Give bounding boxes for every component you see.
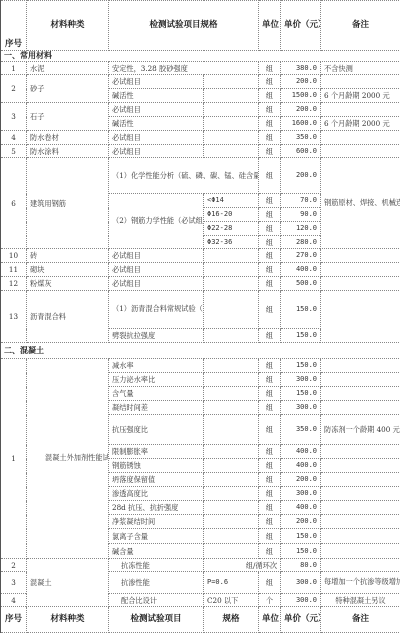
remark-cell <box>321 401 400 415</box>
spec-cell <box>204 487 259 501</box>
table-row: 2 砂子 必试组目 组 200.0 <box>1 75 400 89</box>
remark-cell <box>321 373 400 387</box>
item-cell: 必试组目 <box>109 131 204 145</box>
spec-cell <box>204 277 259 291</box>
item-cell: 必试组目 <box>109 75 204 89</box>
price-cell: 400.0 <box>281 445 321 459</box>
price-cell: 380.0 <box>281 62 321 75</box>
remark-cell: 6 个月龄期 2000 元 <box>321 89 400 103</box>
price-cell: 200.0 <box>281 473 321 487</box>
remark-cell: 防冻剂一个龄期 400 元 <box>321 415 400 445</box>
table-row: 11 砌块 必试组目 组 400.0 <box>1 263 400 277</box>
seq-cell: 6 <box>1 158 27 249</box>
item-cell: 碱活性 <box>109 89 204 103</box>
price-cell: 500.0 <box>281 277 321 291</box>
seq-cell: 10 <box>1 249 27 263</box>
remark-cell <box>321 544 400 559</box>
price-cell: 300.0 <box>281 487 321 501</box>
price-cell: 1600.0 <box>281 117 321 131</box>
item-cell: （1）化学性能分析（硫、磷、碳、锰、硅含量） <box>109 158 259 194</box>
header-remark: 备注 <box>321 1 400 51</box>
price-cell: 350.0 <box>281 131 321 145</box>
spec-cell <box>204 359 259 373</box>
unit-cell: 组 <box>259 145 281 158</box>
seq-cell: 2 <box>1 75 27 103</box>
spec-cell <box>204 544 259 559</box>
spec-cell: P=0.6 <box>204 572 259 594</box>
remark-cell <box>321 473 400 487</box>
item-cell: 氯离子含量 <box>109 529 204 544</box>
item-cell: （1）沥青混合料常规试验（沥青含量、密度、保水率、马歇尔稳定度 <box>109 291 204 329</box>
material-cell: 砌块 <box>27 263 109 277</box>
unit-cell: 组 <box>259 277 281 291</box>
unit-cell: 组 <box>259 487 281 501</box>
price-cell: 200.0 <box>281 75 321 89</box>
section-concrete: 二、混凝土 <box>1 343 400 359</box>
price-cell: 150.0 <box>281 529 321 544</box>
table-row: 2 混凝土 抗冻性能 组/循环次 80.0 <box>1 559 400 572</box>
price-cell: 90.0 <box>281 208 321 222</box>
item-cell: 压力泌水率比 <box>109 373 204 387</box>
seq-cell: 3 <box>1 103 27 131</box>
unit-cell: 组 <box>259 131 281 145</box>
table-footer-header-row: 序号 材料种类 检测试验项目 规格 单位 单价（元） 备注 <box>1 607 400 633</box>
remark-cell: 钢筋原材、焊接、机械连接 <box>321 158 400 249</box>
header-price: 单价（元） <box>281 1 321 51</box>
material-cell: 粉煤灰 <box>27 277 109 291</box>
price-cell: 150.0 <box>281 359 321 373</box>
spec-cell <box>204 415 259 445</box>
spec-cell <box>204 459 259 473</box>
header-material: 材料种类 <box>27 1 109 51</box>
spec-cell <box>204 291 259 329</box>
spec-cell: C20 以下 <box>204 594 259 607</box>
unit-cell: 组 <box>259 501 281 515</box>
spec-cell <box>204 103 259 117</box>
unit-cell: 组 <box>259 387 281 401</box>
spec-cell <box>204 387 259 401</box>
spec-cell <box>204 473 259 487</box>
header-item: 检测试验项目 <box>109 607 204 633</box>
material-cell: 混凝土外加剂性能试验 <box>27 359 109 559</box>
price-cell: 280.0 <box>281 236 321 249</box>
material-cell: 建筑用钢筋 <box>27 158 109 249</box>
seq-cell: 2 <box>1 559 27 572</box>
spec-cell <box>204 401 259 415</box>
price-cell: 300.0 <box>281 572 321 594</box>
remark-cell <box>321 529 400 544</box>
remark-cell <box>321 131 400 145</box>
table-row: 1 水泥 安定性，3.28 胶砂强度 组 380.0 不含快测 <box>1 62 400 75</box>
item-cell: 抗压强度比 <box>109 415 204 445</box>
section-row: 一、常用材料 <box>1 51 400 62</box>
remark-cell <box>321 387 400 401</box>
spec-cell <box>204 373 259 387</box>
unit-cell: 组 <box>259 415 281 445</box>
unit-cell: 个 <box>259 594 281 607</box>
item-cell: （2）钢筋力学性能（必试组目） <box>109 194 204 249</box>
spec-cell <box>204 145 259 158</box>
price-cell: 300.0 <box>281 594 321 607</box>
seq-cell: 3 <box>1 572 27 594</box>
price-cell: 200.0 <box>281 103 321 117</box>
unit-cell: 组 <box>259 117 281 131</box>
remark-cell <box>321 75 400 89</box>
item-cell: 减水率 <box>109 359 204 373</box>
remark-cell <box>321 263 400 277</box>
spec-cell <box>204 249 259 263</box>
seq-cell: 5 <box>1 145 27 158</box>
price-cell: 270.0 <box>281 249 321 263</box>
material-cell: 防水涂料 <box>27 145 109 158</box>
price-cell: 300.0 <box>281 373 321 387</box>
material-cell: 混凝土 <box>27 559 109 607</box>
unit-cell: 组 <box>259 158 281 194</box>
item-cell: 含气量 <box>109 387 204 401</box>
table-row: 5 防水涂料 必试组目 组 600.0 <box>1 145 400 158</box>
unit-cell: 组 <box>259 291 281 329</box>
material-cell: 石子 <box>27 103 109 131</box>
item-cell: 必试组目 <box>109 277 204 291</box>
price-cell: 600.0 <box>281 145 321 158</box>
price-cell: 300.0 <box>281 401 321 415</box>
remark-cell <box>321 487 400 501</box>
remark-cell <box>321 103 400 117</box>
unit-cell: 组 <box>259 75 281 89</box>
remark-cell: 每增加一个抗渗等级增加 50 <box>321 572 400 594</box>
table-row: 4 防水卷材 必试组目 组 350.0 <box>1 131 400 145</box>
item-cell: 配合比设计 <box>109 594 204 607</box>
unit-cell: 组 <box>259 473 281 487</box>
unit-cell: 组 <box>259 62 281 75</box>
price-cell: 150.0 <box>281 329 321 343</box>
price-cell: 80.0 <box>281 559 321 572</box>
table-row: 12 粉煤灰 必试组目 组 500.0 <box>1 277 400 291</box>
remark-cell <box>321 445 400 459</box>
price-cell: 400.0 <box>281 459 321 473</box>
seq-cell: 4 <box>1 131 27 145</box>
item-cell: 碱活性 <box>109 117 204 131</box>
unit-cell: 组 <box>259 373 281 387</box>
spec-cell <box>204 445 259 459</box>
item-cell: 劈裂抗拉强度 <box>109 329 204 343</box>
material-cell: 水泥 <box>27 62 109 75</box>
spec-cell: <Φ14 <box>204 194 259 208</box>
remark-cell <box>321 249 400 263</box>
header-spec: 规格 <box>204 607 259 633</box>
remark-cell: 不含快测 <box>321 62 400 75</box>
spec-cell <box>204 515 259 529</box>
seq-cell: 11 <box>1 263 27 277</box>
price-cell: 400.0 <box>281 501 321 515</box>
spec-cell <box>204 75 259 89</box>
header-price: 单价（元） <box>281 607 321 633</box>
item-cell: 安定性，3.28 胶砂强度 <box>109 62 259 75</box>
item-cell: 碱含量 <box>109 544 204 559</box>
remark-cell <box>321 501 400 515</box>
spec-cell: Φ32-36 <box>204 236 259 249</box>
item-cell: 28d 抗压、抗折强度 <box>109 501 204 515</box>
remark-cell <box>321 145 400 158</box>
item-cell: 抗渗性能 <box>109 572 204 594</box>
seq-cell: 1 <box>1 62 27 75</box>
material-cell: 沥青混合料 <box>27 291 109 343</box>
seq-cell: 4 <box>1 594 27 607</box>
remark-cell <box>321 359 400 373</box>
material-cell: 砖 <box>27 249 109 263</box>
unit-cell: 组/循环次 <box>204 559 281 572</box>
unit-cell: 组 <box>259 208 281 222</box>
unit-cell: 组 <box>259 329 281 343</box>
unit-cell: 组 <box>259 359 281 373</box>
table-row: 13 沥青混合料 （1）沥青混合料常规试验（沥青含量、密度、保水率、马歇尔稳定度… <box>1 291 400 329</box>
price-cell: 150.0 <box>281 291 321 329</box>
unit-cell: 组 <box>259 529 281 544</box>
spec-cell: Φ22-28 <box>204 222 259 236</box>
price-cell: 350.0 <box>281 415 321 445</box>
header-item-spec: 检测试验项目规格 <box>109 1 259 51</box>
item-cell: 渗透高度比 <box>109 487 204 501</box>
seq-cell: 12 <box>1 277 27 291</box>
unit-cell: 组 <box>259 249 281 263</box>
material-cell: 防水卷材 <box>27 131 109 145</box>
item-cell: 必试组目 <box>109 249 204 263</box>
spec-cell <box>204 529 259 544</box>
item-cell: 钢筋锈蚀 <box>109 459 204 473</box>
unit-cell: 组 <box>259 515 281 529</box>
price-cell: 70.0 <box>281 194 321 208</box>
header-seq: 序号 <box>1 607 27 633</box>
price-cell: 400.0 <box>281 263 321 277</box>
spec-cell <box>204 117 259 131</box>
item-cell: 必试组目 <box>109 263 204 277</box>
header-seq: 序号 <box>1 1 27 51</box>
spec-cell <box>204 131 259 145</box>
unit-cell: 组 <box>259 459 281 473</box>
seq-cell: 13 <box>1 291 27 343</box>
price-cell: 120.0 <box>281 222 321 236</box>
item-cell: 必试组目 <box>109 103 204 117</box>
item-cell: 限制膨胀率 <box>109 445 204 459</box>
unit-cell: 组 <box>259 222 281 236</box>
header-unit: 单位 <box>259 1 281 51</box>
price-cell: 200.0 <box>281 158 321 194</box>
item-cell: 必试组目 <box>109 145 204 158</box>
unit-cell: 组 <box>259 103 281 117</box>
section-row: 二、混凝土 <box>1 343 400 359</box>
price-table: 序号 材料种类 检测试验项目规格 单位 单价（元） 备注 一、常用材料 1 水泥… <box>0 0 400 633</box>
remark-cell <box>321 459 400 473</box>
remark-cell: 6 个月龄期 2000 元 <box>321 117 400 131</box>
remark-cell <box>321 559 400 572</box>
material-cell: 砂子 <box>27 75 109 103</box>
seq-cell: 1 <box>1 359 27 559</box>
header-unit: 单位 <box>259 607 281 633</box>
table-row: 6 建筑用钢筋 （1）化学性能分析（硫、磷、碳、锰、硅含量） 组 200.0 钢… <box>1 158 400 194</box>
item-cell: 抗冻性能 <box>109 559 204 572</box>
spec-cell <box>204 89 259 103</box>
spec-cell <box>204 501 259 515</box>
table-row: 10 砖 必试组目 组 270.0 <box>1 249 400 263</box>
unit-cell: 组 <box>259 401 281 415</box>
price-cell: 150.0 <box>281 544 321 559</box>
remark-cell <box>321 515 400 529</box>
unit-cell: 组 <box>259 572 281 594</box>
section-common-materials: 一、常用材料 <box>1 51 400 62</box>
item-cell: 凝结时间差 <box>109 401 204 415</box>
unit-cell: 组 <box>259 89 281 103</box>
price-cell: 200.0 <box>281 515 321 529</box>
spec-cell <box>204 263 259 277</box>
table-header-row: 序号 材料种类 检测试验项目规格 单位 单价（元） 备注 <box>1 1 400 51</box>
remark-cell <box>321 277 400 291</box>
remark-cell <box>321 291 400 343</box>
price-cell: 150.0 <box>281 387 321 401</box>
table-row: 3 石子 必试组目 组 200.0 <box>1 103 400 117</box>
unit-cell: 组 <box>259 263 281 277</box>
item-cell: 坍落度保留值 <box>109 473 204 487</box>
spec-cell <box>204 329 259 343</box>
header-material: 材料种类 <box>27 607 109 633</box>
unit-cell: 组 <box>259 544 281 559</box>
header-remark: 备注 <box>321 607 400 633</box>
unit-cell: 组 <box>259 194 281 208</box>
spec-cell: Φ16-20 <box>204 208 259 222</box>
unit-cell: 组 <box>259 236 281 249</box>
price-cell: 1500.0 <box>281 89 321 103</box>
remark-cell: 特种混凝土另议 <box>321 594 400 607</box>
item-cell: 净浆凝结时间 <box>109 515 204 529</box>
unit-cell: 组 <box>259 445 281 459</box>
table-row: 1 混凝土外加剂性能试验 减水率 组 150.0 <box>1 359 400 373</box>
